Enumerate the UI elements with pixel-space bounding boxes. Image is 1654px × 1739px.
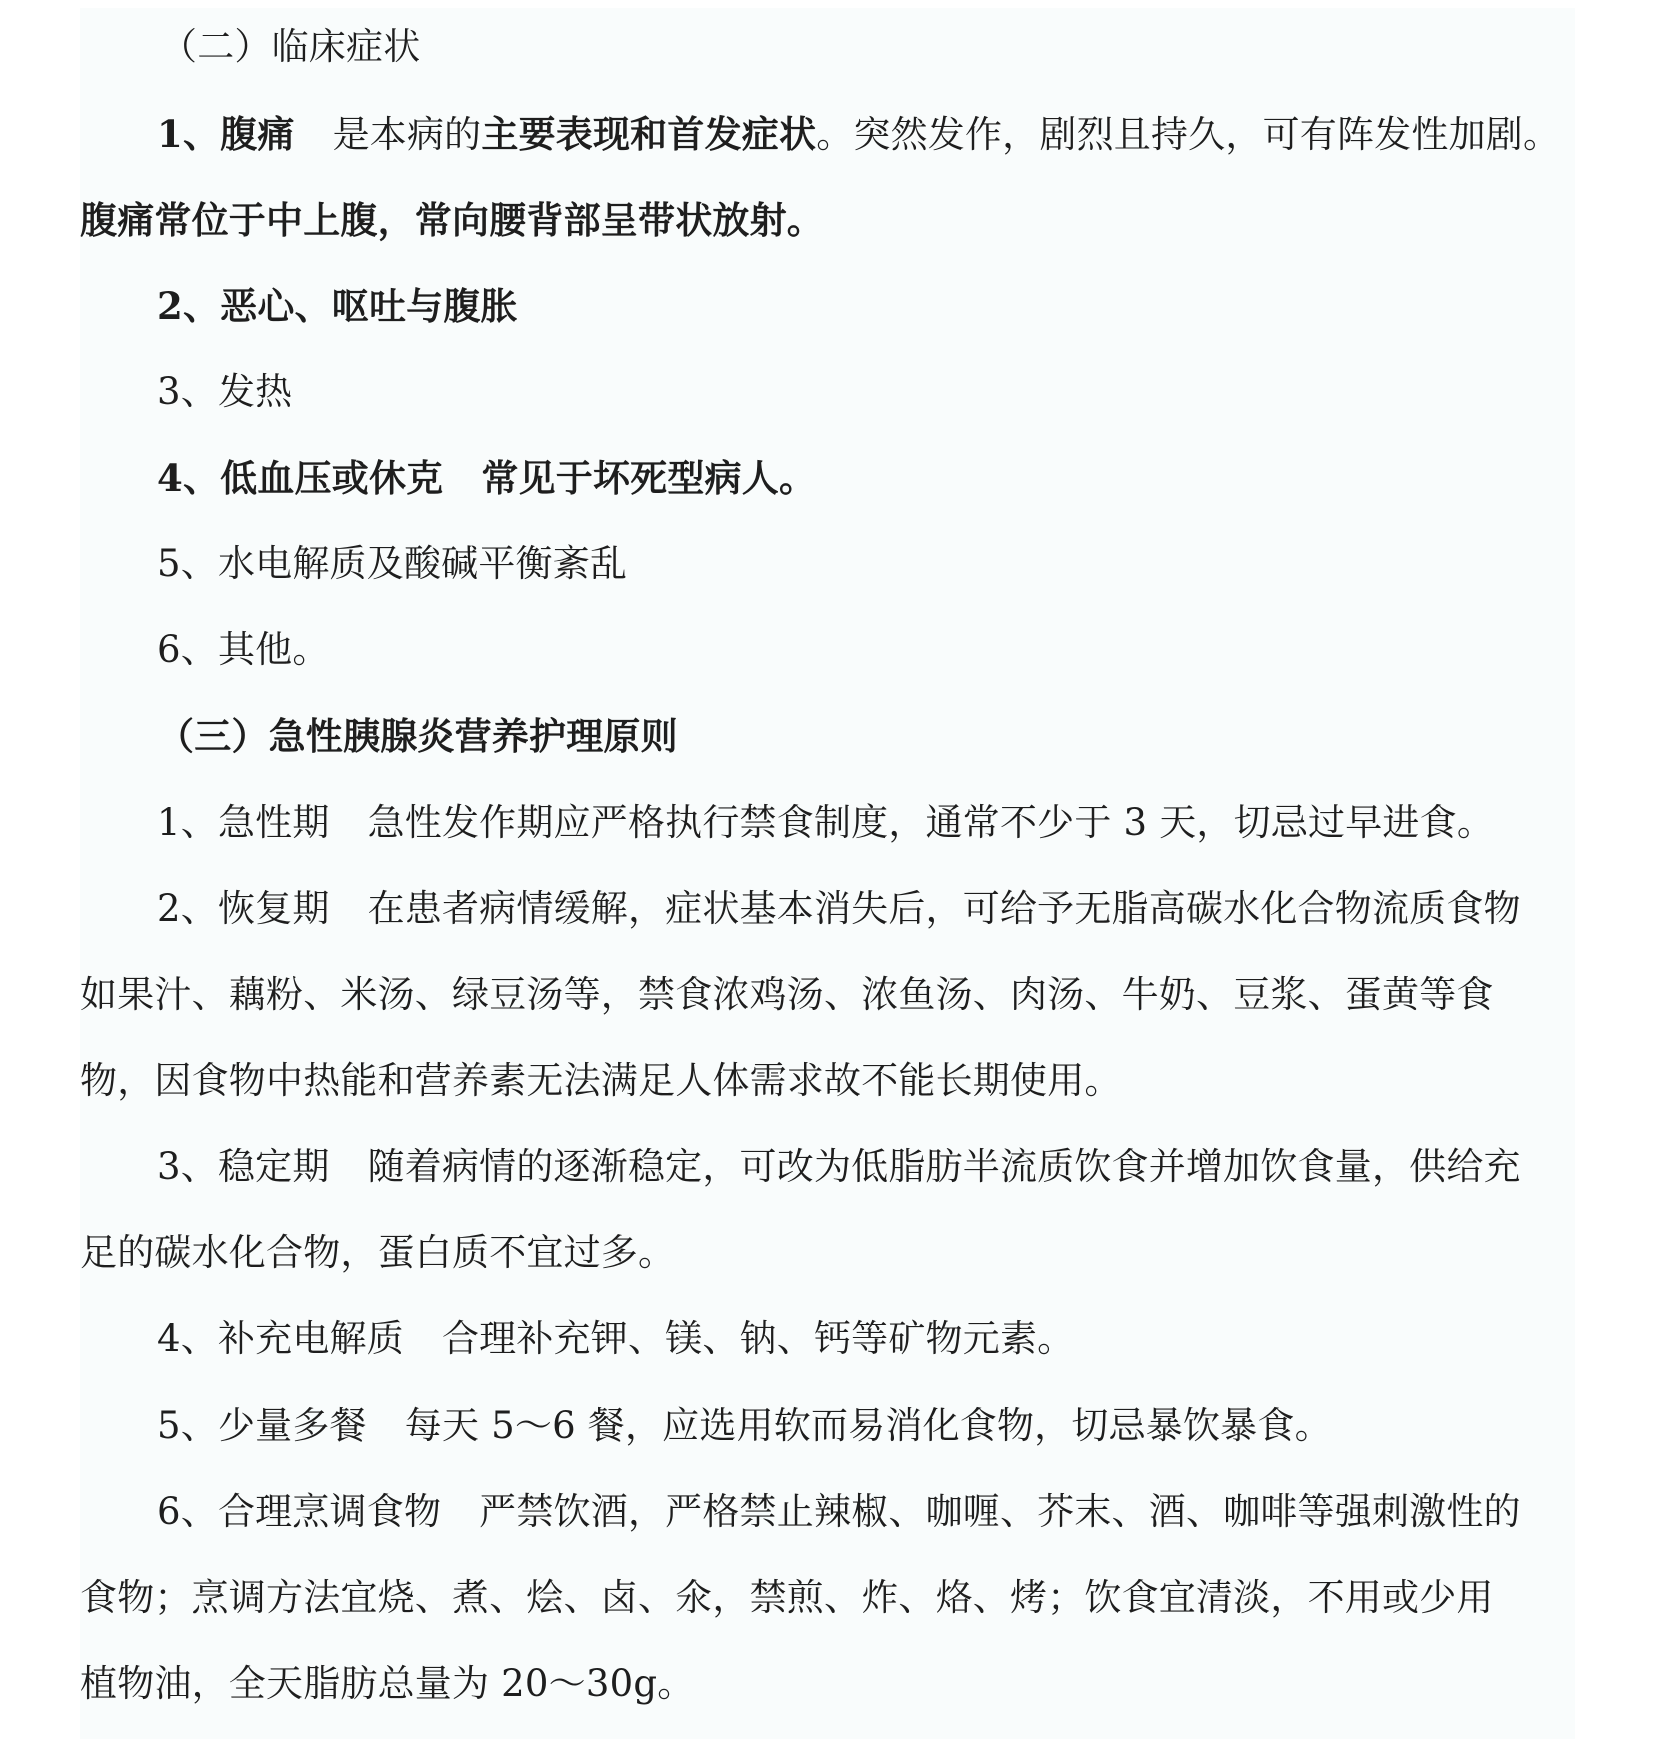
item-number: 2、 xyxy=(157,284,220,328)
heading-text: （二）临床症状 xyxy=(160,25,420,68)
symptom-item-6: 6、其他。 xyxy=(157,620,330,680)
item-term: 少量多餐 xyxy=(218,1404,367,1447)
principle-item-6-line-3: 植物油，全天脂肪总量为 20～30g。 xyxy=(80,1654,694,1714)
principle-item-6: 6、合理烹调食物严禁饮酒，严格禁止辣椒、咖喱、芥末、酒、咖啡等强刺激性的 xyxy=(157,1482,1521,1542)
item-number: 6、 xyxy=(157,628,218,671)
principle-item-3-line-2: 足的碳水化合物，蛋白质不宜过多。 xyxy=(80,1223,675,1283)
item-text: 合理补充钾、镁、钠、钙等矿物元素。 xyxy=(442,1317,1074,1360)
item-term: 腹痛 xyxy=(220,112,294,156)
symptom-item-1-continuation: 腹痛常位于中上腹，常向腰背部呈带状放射。 xyxy=(80,190,824,250)
item-number: 3、 xyxy=(157,370,218,413)
item-number: 4、 xyxy=(157,456,220,500)
item-emphasis: 主要表现和首发症状 xyxy=(481,112,816,156)
item-text: 如果汁、藕粉、米汤、绿豆汤等，禁食浓鸡汤、浓鱼汤、肉汤、牛奶、豆浆、蛋黄等食 xyxy=(80,973,1494,1016)
symptom-item-4: 4、低血压或休克常见于坏死型病人。 xyxy=(157,448,816,508)
principle-item-2: 2、恢复期在患者病情缓解，症状基本消失后，可给予无脂高碳水化合物流质食物 xyxy=(157,879,1521,939)
symptom-item-1: 1、腹痛是本病的主要表现和首发症状。突然发作，剧烈且持久，可有阵发性加剧。 xyxy=(157,104,1560,164)
item-number: 4、 xyxy=(157,1317,218,1360)
section-heading-nutrition-principles: （三）急性胰腺炎营养护理原则 xyxy=(157,706,678,766)
principle-item-1: 1、急性期急性发作期应严格执行禁食制度，通常不少于 3 天，切忌过早进食。 xyxy=(157,793,1494,853)
item-text: 物，因食物中热能和营养素无法满足人体需求故不能长期使用。 xyxy=(80,1059,1122,1102)
item-term: 其他。 xyxy=(218,628,330,671)
item-text: 是本病的 xyxy=(333,113,482,156)
item-text: 常见于坏死型病人。 xyxy=(481,456,816,500)
item-text: 植物油，全天脂肪总量为 20～30g。 xyxy=(80,1662,694,1705)
principle-item-3: 3、稳定期随着病情的逐渐稳定，可改为低脂肪半流质饮食并增加饮食量，供给充 xyxy=(157,1137,1521,1197)
item-text: 急性发作期应严格执行禁食制度，通常不少于 3 天，切忌过早进食。 xyxy=(368,801,1494,844)
principle-item-6-line-2: 食物；烹调方法宜烧、煮、烩、卤、氽，禁煎、炸、烙、烤；饮食宜清淡，不用或少用 xyxy=(80,1568,1494,1628)
page-background xyxy=(80,8,1575,1739)
item-number: 1、 xyxy=(157,801,218,844)
item-text: 在患者病情缓解，症状基本消失后，可给予无脂高碳水化合物流质食物 xyxy=(368,887,1521,930)
item-term: 发热 xyxy=(218,370,292,413)
item-text-cont: 。突然发作，剧烈且持久，可有阵发性加剧。 xyxy=(816,113,1560,156)
symptom-item-3: 3、发热 xyxy=(157,362,292,422)
item-number: 1、 xyxy=(157,112,220,156)
item-text: 食物；烹调方法宜烧、煮、烩、卤、氽，禁煎、炸、烙、烤；饮食宜清淡，不用或少用 xyxy=(80,1576,1494,1619)
item-number: 5、 xyxy=(157,542,218,585)
item-term: 合理烹调食物 xyxy=(218,1490,441,1533)
item-term: 恶心、呕吐与腹胀 xyxy=(220,284,518,328)
item-term: 恢复期 xyxy=(218,887,330,930)
section-heading-clinical-symptoms: （二）临床症状 xyxy=(160,17,420,77)
symptom-item-5: 5、水电解质及酸碱平衡紊乱 xyxy=(157,534,627,594)
item-text-bold-line: 腹痛常位于中上腹，常向腰背部呈带状放射。 xyxy=(80,198,824,242)
principle-item-2-line-3: 物，因食物中热能和营养素无法满足人体需求故不能长期使用。 xyxy=(80,1051,1122,1111)
item-term: 水电解质及酸碱平衡紊乱 xyxy=(218,542,627,585)
symptom-item-2: 2、恶心、呕吐与腹胀 xyxy=(157,276,518,336)
item-text: 每天 5～6 餐，应选用软而易消化食物，切忌暴饮暴食。 xyxy=(405,1404,1332,1447)
item-text: 足的碳水化合物，蛋白质不宜过多。 xyxy=(80,1231,675,1274)
heading-text: （三）急性胰腺炎营养护理原则 xyxy=(157,714,678,758)
item-number: 3、 xyxy=(157,1145,218,1188)
item-number: 2、 xyxy=(157,887,218,930)
principle-item-4: 4、补充电解质合理补充钾、镁、钠、钙等矿物元素。 xyxy=(157,1309,1074,1369)
principle-item-2-line-2: 如果汁、藕粉、米汤、绿豆汤等，禁食浓鸡汤、浓鱼汤、肉汤、牛奶、豆浆、蛋黄等食 xyxy=(80,965,1494,1025)
item-number: 5、 xyxy=(157,1404,218,1447)
item-term: 补充电解质 xyxy=(218,1317,404,1360)
item-text: 严禁饮酒，严格禁止辣椒、咖喱、芥末、酒、咖啡等强刺激性的 xyxy=(479,1490,1521,1533)
item-term: 稳定期 xyxy=(218,1145,330,1188)
principle-item-5: 5、少量多餐每天 5～6 餐，应选用软而易消化食物，切忌暴饮暴食。 xyxy=(157,1396,1332,1456)
item-number: 6、 xyxy=(157,1490,218,1533)
item-text: 随着病情的逐渐稳定，可改为低脂肪半流质饮食并增加饮食量，供给充 xyxy=(368,1145,1521,1188)
item-term: 急性期 xyxy=(218,801,330,844)
item-term: 低血压或休克 xyxy=(220,456,443,500)
